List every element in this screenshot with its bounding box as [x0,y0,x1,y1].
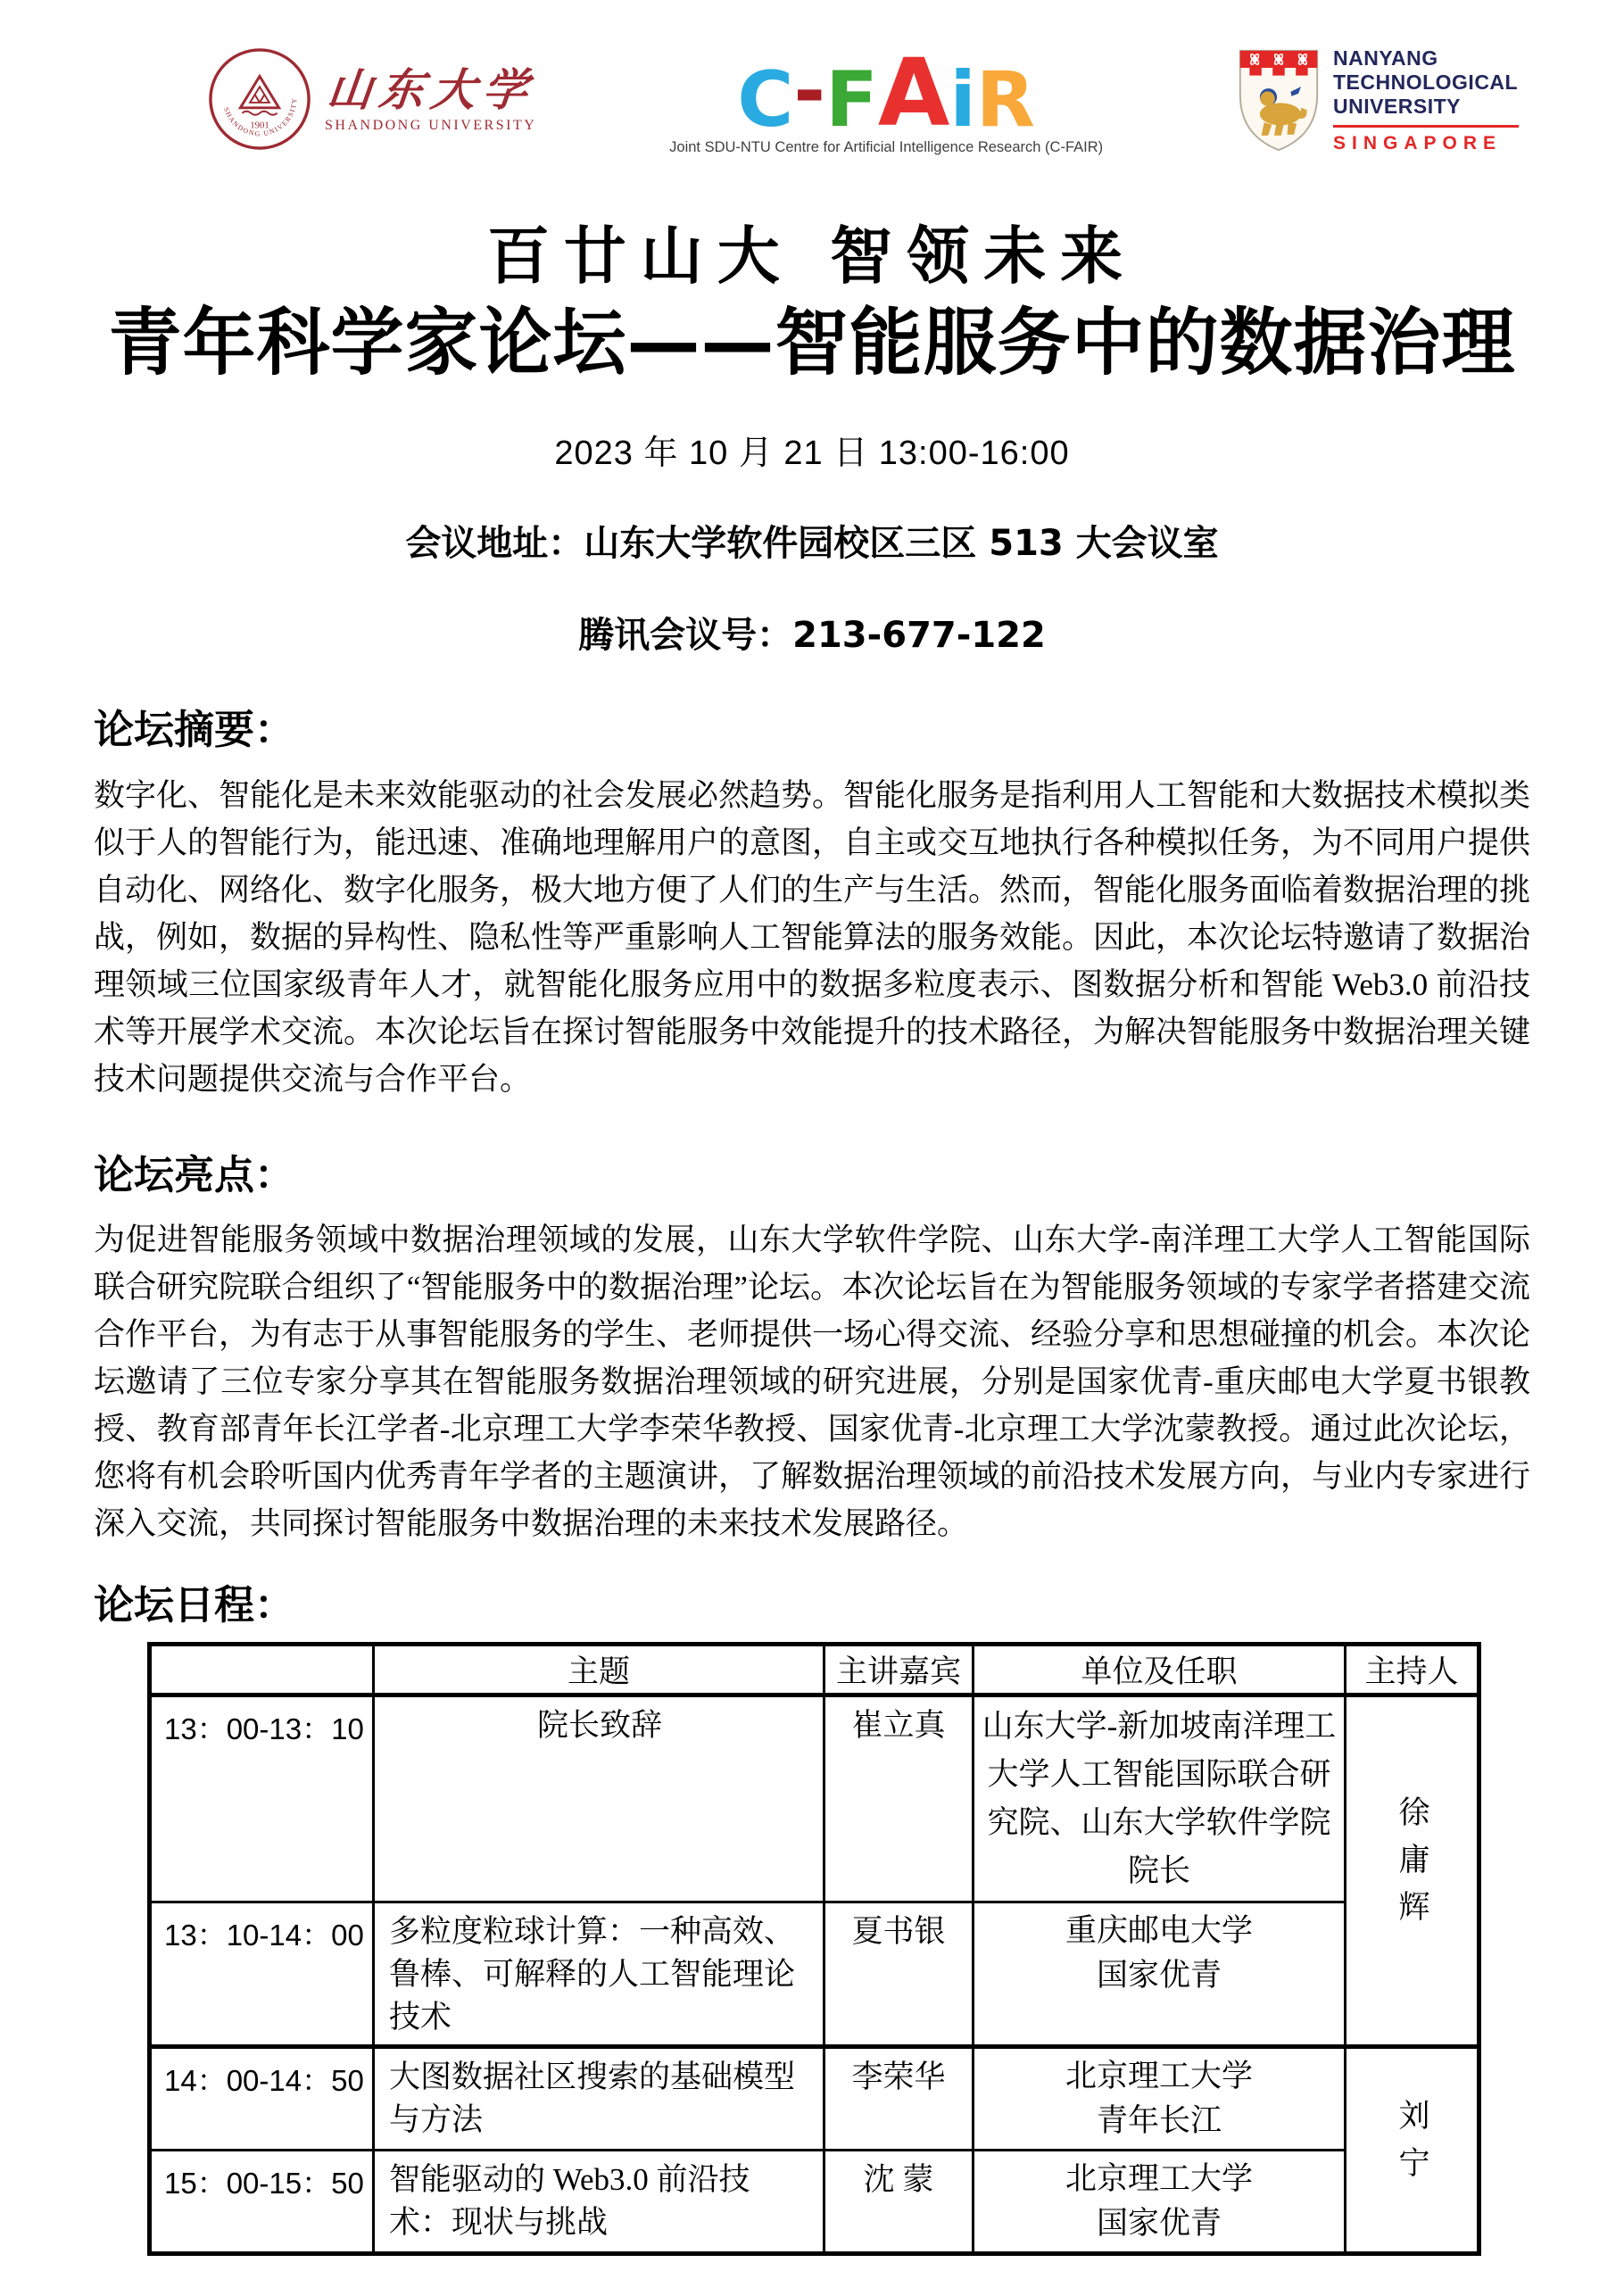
agenda-affiliation: 北京理工大学 青年长江 [974,2046,1346,2150]
moderator-name: 徐庸辉 [1389,1795,1434,1937]
agenda-row: 14：00-14：50 大图数据社区搜索的基础模型与方法 李荣华 北京理工大学 … [150,2046,1479,2150]
abstract-heading: 论坛摘要： [94,708,1530,752]
ntu-divider [1333,125,1519,128]
agenda-table: 主题 主讲嘉宾 单位及任职 主持人 13：00-13：10 院长致辞 崔立真 山… [147,1642,1481,2256]
content-area: 论坛摘要： 数字化、智能化是未来效能驱动的社会发展必然趋势。智能化服务是指利用人… [0,708,1624,2256]
agenda-time: 13：00-13：10 [150,1695,374,1902]
agenda-time: 13：10-14：00 [150,1902,374,2046]
event-poster-page: 1901 SHANDONG UNIVERSITY 山东大学 SHANDONG U… [0,0,1624,2296]
slogan-calligraphy: 百廿山大 智领未来 [0,225,1624,287]
cfair-subtitle: Joint SDU-NTU Centre for Artificial Inte… [669,139,1103,156]
highlights-heading: 论坛亮点： [94,1153,1530,1198]
ntu-name-line2: TECHNOLOGICAL [1333,70,1519,95]
agenda-speaker: 李荣华 [824,2046,974,2150]
agenda-time: 15：00-15：50 [150,2150,374,2253]
agenda-moderator: 刘宁 [1346,2046,1479,2253]
sdu-logo-name-zh: 山东大学 [325,65,537,114]
agenda-header-affiliation: 单位及任职 [974,1644,1346,1695]
agenda-topic: 大图数据社区搜索的基础模型与方法 [374,2046,824,2150]
ntu-name-line3: UNIVERSITY [1333,95,1519,119]
agenda-row: 13：00-13：10 院长致辞 崔立真 山东大学-新加坡南洋理工 大学人工智能… [150,1695,1479,1902]
agenda-topic: 多粒度粒球计算：一种高效、鲁棒、可解释的人工智能理论技术 [374,1902,824,2046]
tencent-meeting-id: 腾讯会议号：213-677-122 [0,607,1624,658]
agenda-speaker: 沈 蒙 [824,2150,974,2253]
ntu-logo-text: NANYANG TECHNOLOGICAL UNIVERSITY SINGAPO… [1333,46,1519,154]
page-title: 青年科学家论坛——智能服务中的数据治理 [0,302,1624,385]
event-datetime: 2023 年 10 月 21 日 13:00-16:00 [0,425,1624,474]
agenda-affiliation: 北京理工大学 国家优青 [974,2150,1346,2253]
agenda-header-moderator: 主持人 [1346,1644,1479,1695]
agenda-header-time [150,1644,374,1695]
agenda-time: 14：00-14：50 [150,2046,374,2150]
agenda-header-row: 主题 主讲嘉宾 单位及任职 主持人 [150,1644,1479,1695]
logo-bar: 1901 SHANDONG UNIVERSITY 山东大学 SHANDONG U… [0,0,1624,178]
agenda-row: 13：10-14：00 多粒度粒球计算：一种高效、鲁棒、可解释的人工智能理论技术… [150,1902,1479,2046]
agenda-row: 15：00-15：50 智能驱动的 Web3.0 前沿技术：现状与挑战 沈 蒙 … [150,2150,1479,2253]
sdu-logo-name-en: SHANDONG UNIVERSITY [325,118,536,134]
ntu-country: SINGAPORE [1333,133,1519,154]
agenda-speaker: 夏书银 [824,1902,974,2046]
cfair-logo: C-FAiR Joint SDU-NTU Centre for Artifici… [669,52,1103,156]
cfair-wordmark: C-FAiR [737,52,1035,136]
agenda-topic: 院长致辞 [374,1695,824,1902]
agenda-affiliation: 山东大学-新加坡南洋理工 大学人工智能国际联合研 究院、山东大学软件学院 院长 [974,1695,1346,1902]
agenda-header-topic: 主题 [374,1644,824,1695]
highlights-paragraph: 为促进智能服务领域中数据治理领域的发展，山东大学软件学院、山东大学-南洋理工大学… [94,1216,1530,1547]
ntu-name-line1: NANYANG [1333,46,1519,70]
agenda-topic: 智能驱动的 Web3.0 前沿技术：现状与挑战 [374,2150,824,2253]
sdu-logo-text: 山东大学 SHANDONG UNIVERSITY [325,65,536,134]
abstract-paragraph: 数字化、智能化是未来效能驱动的社会发展必然趋势。智能化服务是指利用人工智能和大数… [94,772,1530,1103]
ntu-shield-icon [1236,47,1322,153]
sdu-seal-icon: 1901 SHANDONG UNIVERSITY [207,46,312,152]
agenda-moderator: 徐庸辉 [1346,1695,1479,2046]
agenda-affiliation: 重庆邮电大学 国家优青 [974,1902,1346,2046]
ntu-logo: NANYANG TECHNOLOGICAL UNIVERSITY SINGAPO… [1236,46,1519,154]
event-address: 会议地址：山东大学软件园校区三区 513 大会议室 [0,515,1624,566]
moderator-name: 刘宁 [1389,2099,1434,2193]
agenda-header-speaker: 主讲嘉宾 [824,1644,974,1695]
agenda-speaker: 崔立真 [824,1695,974,1902]
agenda-heading: 论坛日程： [94,1583,1530,1628]
sdu-logo: 1901 SHANDONG UNIVERSITY 山东大学 SHANDONG U… [207,46,536,152]
